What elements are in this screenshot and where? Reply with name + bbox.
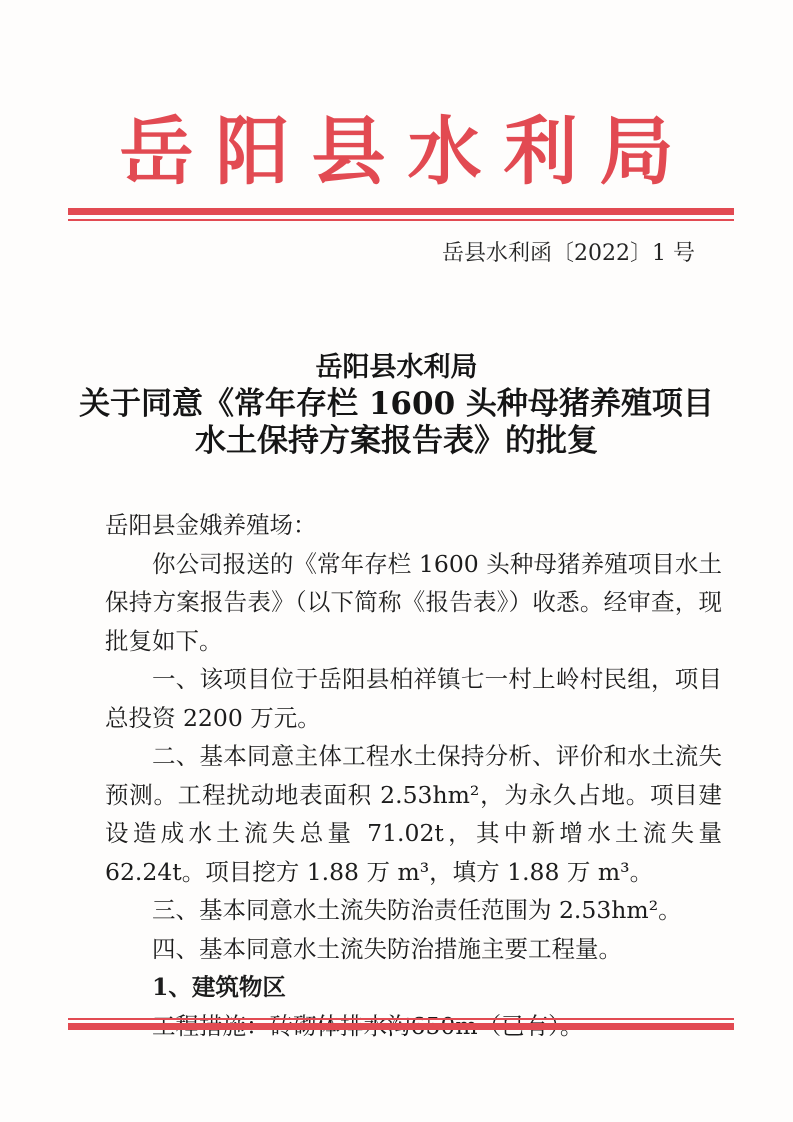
letterhead-agency-name: 岳阳县水利局 [0, 112, 793, 192]
letterhead-rule-bottom [68, 1018, 734, 1030]
section-heading-building-zone: 1、建筑物区 [105, 968, 722, 1007]
paragraph-intro: 你公司报送的《常年存栏 1600 头种母猪养殖项目水土保持方案报告表》（以下简称… [105, 545, 722, 661]
paragraph-item-2: 二、基本同意主体工程水土保持分析、评价和水土流失预测。工程扰动地表面积 2.53… [105, 737, 722, 891]
document-title: 岳阳县水利局 关于同意《常年存栏 1600 头种母猪养殖项目 水土保持方案报告表… [0, 349, 793, 460]
rule-top-thick-line [68, 208, 734, 215]
paragraph-item-4: 四、基本同意水土流失防治措施主要工程量。 [105, 930, 722, 969]
document-body: 岳阳县金娥养殖场： 你公司报送的《常年存栏 1600 头种母猪养殖项目水土保持方… [0, 506, 793, 1045]
document-title-line1: 岳阳县水利局 [0, 349, 793, 386]
document-page: 岳阳县水利局 岳县水利函〔2022〕1 号 岳阳县水利局 关于同意《常年存栏 1… [0, 0, 793, 1122]
rule-bottom-thick-line [68, 1023, 734, 1030]
salutation: 岳阳县金娥养殖场： [105, 506, 722, 545]
paragraph-item-1: 一、该项目位于岳阳县柏祥镇七一村上岭村民组，项目总投资 2200 万元。 [105, 660, 722, 737]
letterhead-rule-top [68, 208, 734, 221]
document-number: 岳县水利函〔2022〕1 号 [0, 241, 793, 267]
paragraph-item-3: 三、基本同意水土流失防治责任范围为 2.53hm²。 [105, 891, 722, 930]
rule-top-thin-line [68, 219, 734, 221]
document-title-line2: 关于同意《常年存栏 1600 头种母猪养殖项目 [0, 386, 793, 423]
document-title-line3: 水土保持方案报告表》的批复 [0, 423, 793, 460]
